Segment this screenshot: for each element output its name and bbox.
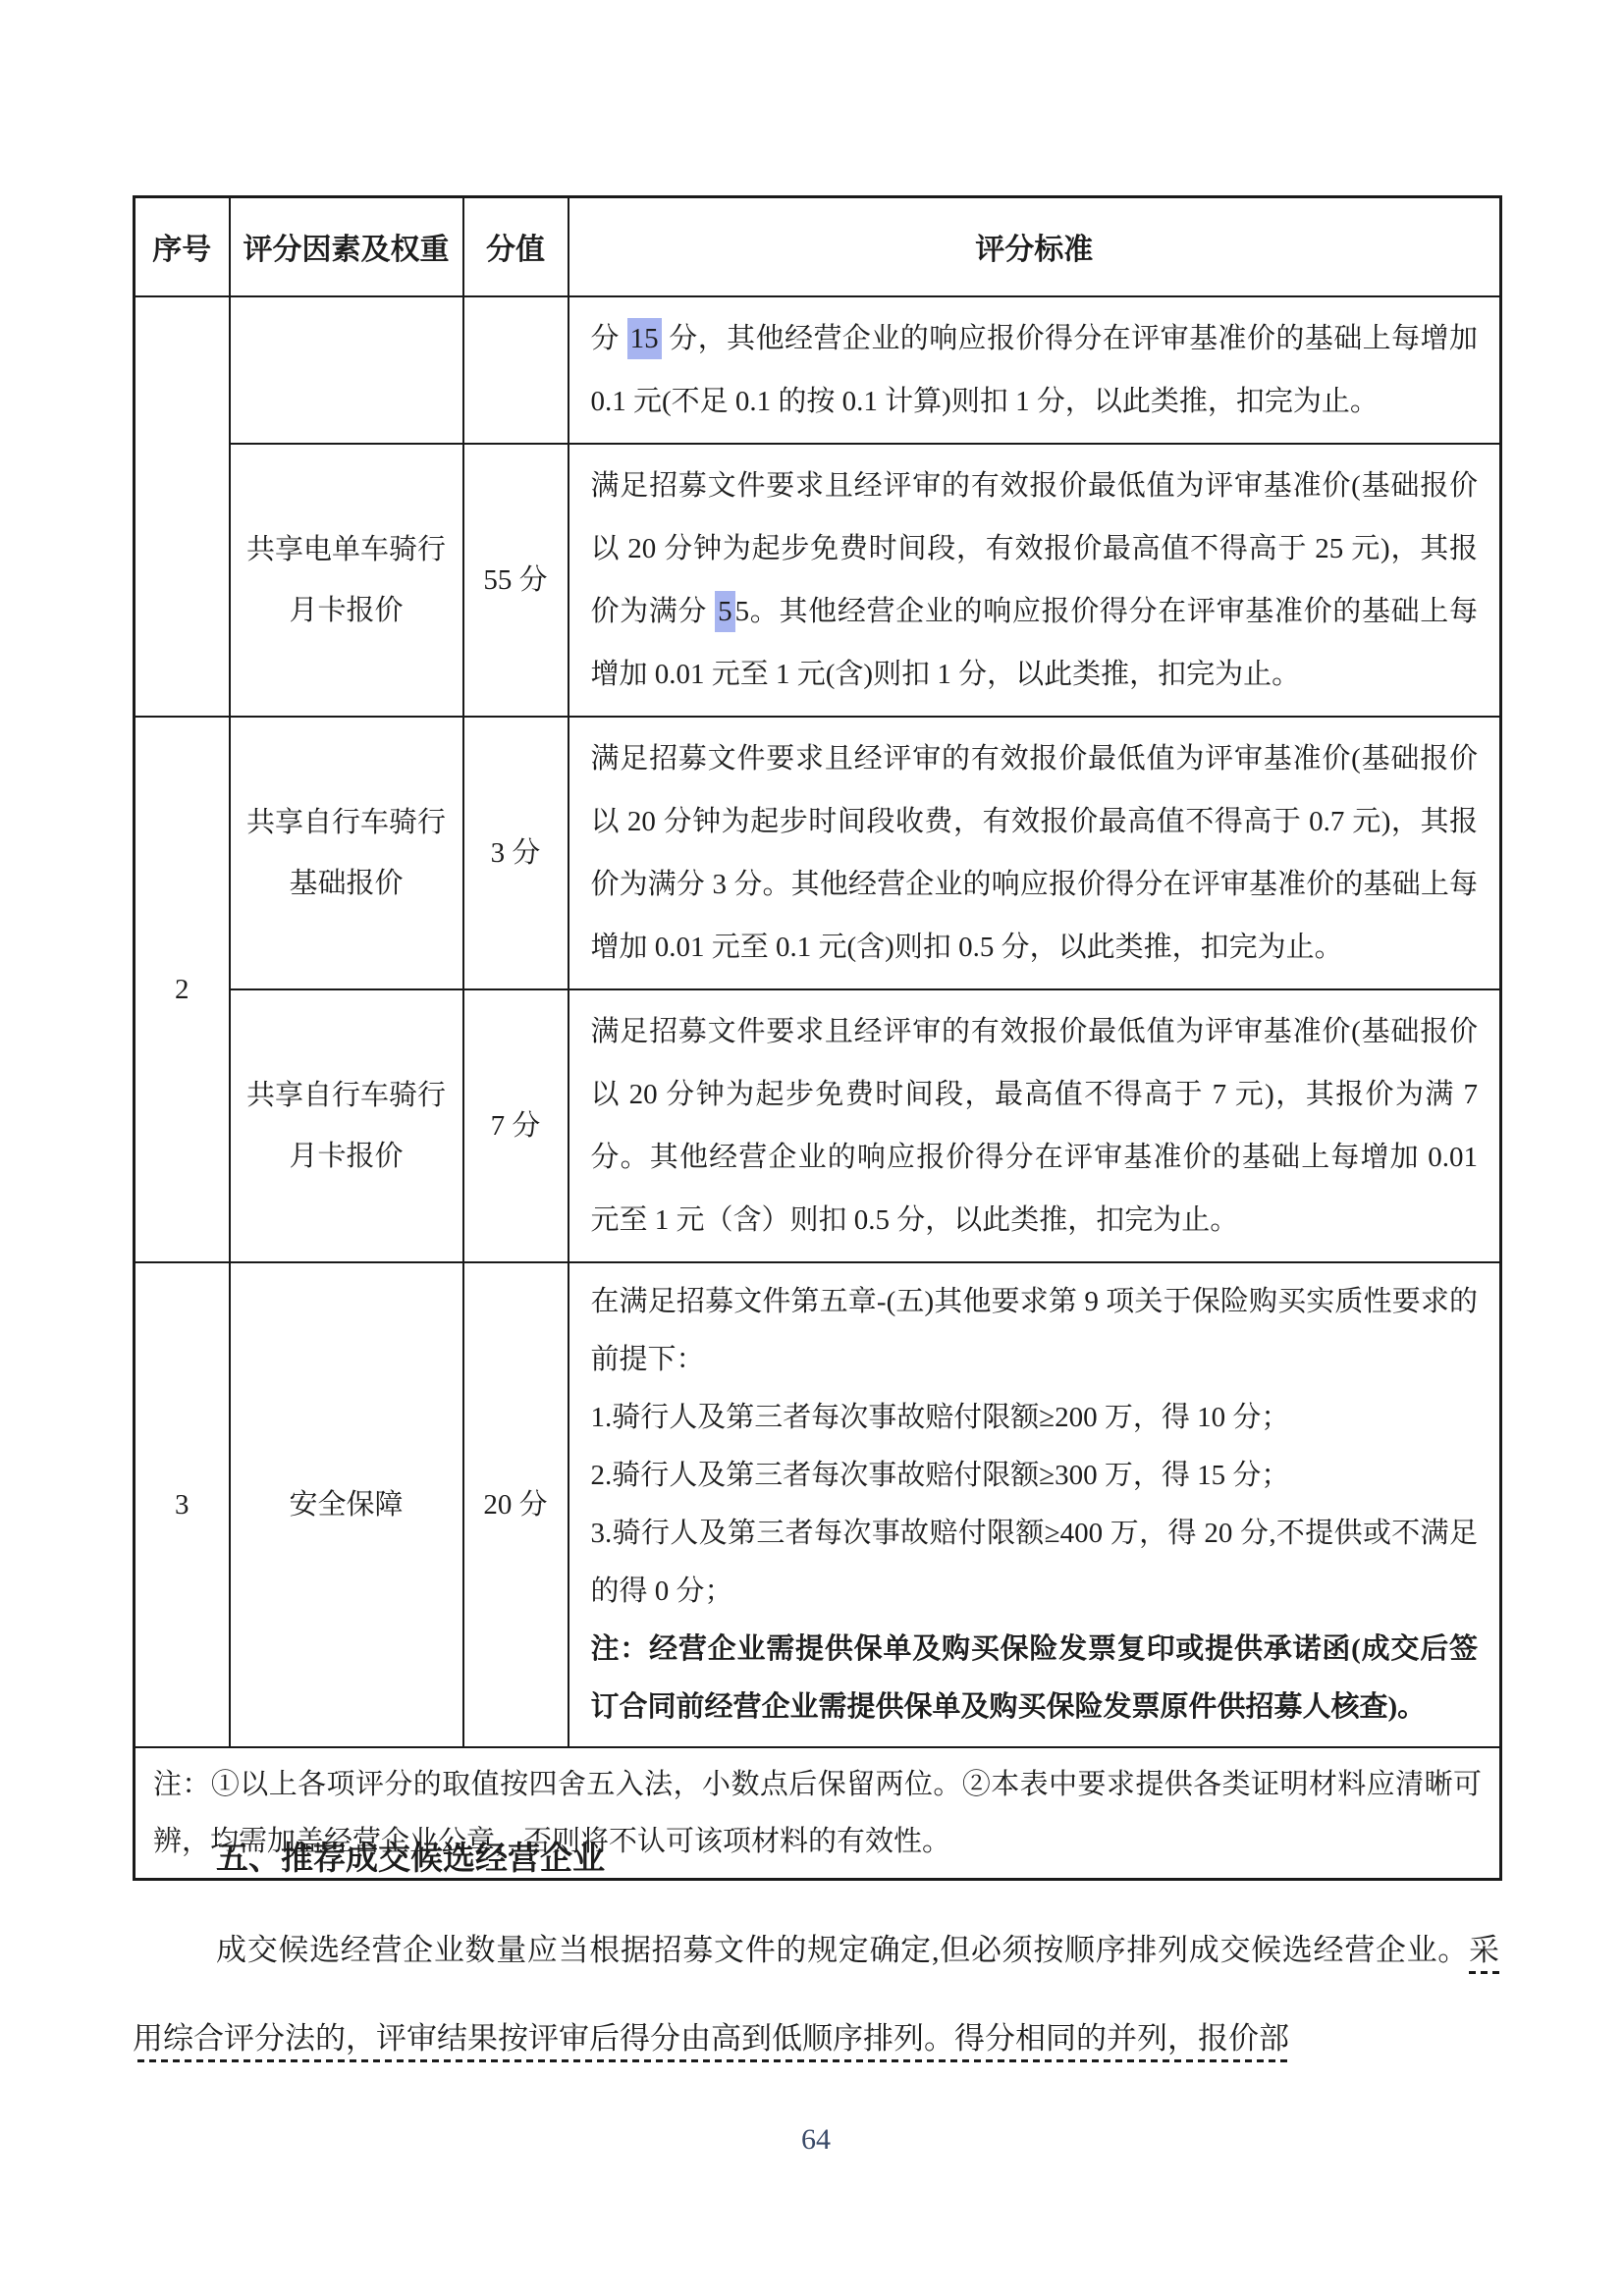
section-five: 五、推荐成交候选经营企业 成交候选经营企业数量应当根据招募文件的规定确定,但必须… <box>133 1838 1499 2083</box>
criteria-1-text: 分 <box>591 323 627 354</box>
page-number: 64 <box>133 2123 1499 2157</box>
factor-line-1: 共享自行车骑行 <box>232 792 461 853</box>
criteria-5-item-2: 2.骑行人及第三者每次事故赔付限额≥300 万，得 15 分； <box>591 1447 1479 1505</box>
section-heading: 五、推荐成交候选经营企业 <box>216 1838 1499 1881</box>
highlight-15: 15 <box>627 318 662 359</box>
highlight-5: 5 <box>715 591 735 632</box>
factor-line-2: 月卡报价 <box>232 1126 461 1187</box>
criteria-5-intro: 在满足招募文件第五章-(五)其他要求第 9 项关于保险购买实质性要求的前提下： <box>591 1273 1479 1389</box>
column-header-score: 分值 <box>463 197 568 296</box>
cell-criteria-5: 在满足招募文件第五章-(五)其他要求第 9 项关于保险购买实质性要求的前提下： … <box>568 1262 1501 1747</box>
criteria-5-bold-note: 注：经营企业需提供保单及购买保险发票复印或提供承诺函(成交后签订合同前经营企业需… <box>591 1621 1479 1736</box>
cell-criteria-4: 满足招募文件要求且经评审的有效报价最低值为评审基准价(基础报价以 20 分钟为起… <box>568 989 1501 1262</box>
cell-score-3: 3 分 <box>463 717 568 989</box>
cell-factor-bike-monthly: 共享自行车骑行 月卡报价 <box>230 989 463 1262</box>
criteria-1-text-cont: 分，其他经营企业的响应报价得分在评审基准价的基础上每增加 0.1 元(不足 0.… <box>591 323 1478 417</box>
factor-line-1: 共享自行车骑行 <box>232 1065 461 1126</box>
cell-score-55: 55 分 <box>463 444 568 717</box>
paragraph-text: 成交候选经营企业数量应当根据招募文件的规定确定,但必须按顺序排列成交候选经营企业… <box>216 1933 1469 1967</box>
cell-no-3: 3 <box>135 1262 230 1747</box>
cell-criteria-1: 分 15 分，其他经营企业的响应报价得分在评审基准价的基础上每增加 0.1 元(… <box>568 296 1501 444</box>
table-row-5: 3 安全保障 20 分 在满足招募文件第五章-(五)其他要求第 9 项关于保险购… <box>135 1262 1501 1747</box>
document-page: 序号 评分因素及权重 分值 评分标准 分 15 分，其他经营企业的响应报价得分在… <box>0 0 1624 2296</box>
cell-factor-safety: 安全保障 <box>230 1262 463 1747</box>
criteria-5-item-3: 3.骑行人及第三者每次事故赔付限额≥400 万，得 20 分,不提供或不满足的得… <box>591 1505 1479 1621</box>
cell-criteria-2: 满足招募文件要求且经评审的有效报价最低值为评审基准价(基础报价以 20 分钟为起… <box>568 444 1501 717</box>
factor-line-1: 共享电单车骑行 <box>232 519 461 580</box>
factor-line-2: 月卡报价 <box>232 580 461 641</box>
table-row-2: 共享电单车骑行 月卡报价 55 分 满足招募文件要求且经评审的有效报价最低值为评… <box>135 444 1501 717</box>
cell-no-empty <box>135 296 230 717</box>
column-header-factor: 评分因素及权重 <box>230 197 463 296</box>
cell-factor-ebike-monthly: 共享电单车骑行 月卡报价 <box>230 444 463 717</box>
column-header-criteria: 评分标准 <box>568 197 1501 296</box>
column-header-no: 序号 <box>135 197 230 296</box>
factor-line-2: 基础报价 <box>232 853 461 914</box>
table-row-1: 分 15 分，其他经营企业的响应报价得分在评审基准价的基础上每增加 0.1 元(… <box>135 296 1501 444</box>
criteria-5-item-1: 1.骑行人及第三者每次事故赔付限额≥200 万，得 10 分； <box>591 1389 1479 1447</box>
cell-factor-bike-base: 共享自行车骑行 基础报价 <box>230 717 463 989</box>
cell-score-20: 20 分 <box>463 1262 568 1747</box>
section-paragraph: 成交候选经营企业数量应当根据招募文件的规定确定,但必须按顺序排列成交候选经营企业… <box>133 1906 1499 2083</box>
cell-no-2: 2 <box>135 717 230 1262</box>
cell-score-empty <box>463 296 568 444</box>
table-header-row: 序号 评分因素及权重 分值 评分标准 <box>135 197 1501 296</box>
cell-factor-empty <box>230 296 463 444</box>
cell-criteria-3: 满足招募文件要求且经评审的有效报价最低值为评审基准价(基础报价以 20 分钟为起… <box>568 717 1501 989</box>
table-row-3: 2 共享自行车骑行 基础报价 3 分 满足招募文件要求且经评审的有效报价最低值为… <box>135 717 1501 989</box>
table-row-4: 共享自行车骑行 月卡报价 7 分 满足招募文件要求且经评审的有效报价最低值为评审… <box>135 989 1501 1262</box>
cell-score-7: 7 分 <box>463 989 568 1262</box>
scoring-criteria-table: 序号 评分因素及权重 分值 评分标准 分 15 分，其他经营企业的响应报价得分在… <box>133 195 1502 1881</box>
